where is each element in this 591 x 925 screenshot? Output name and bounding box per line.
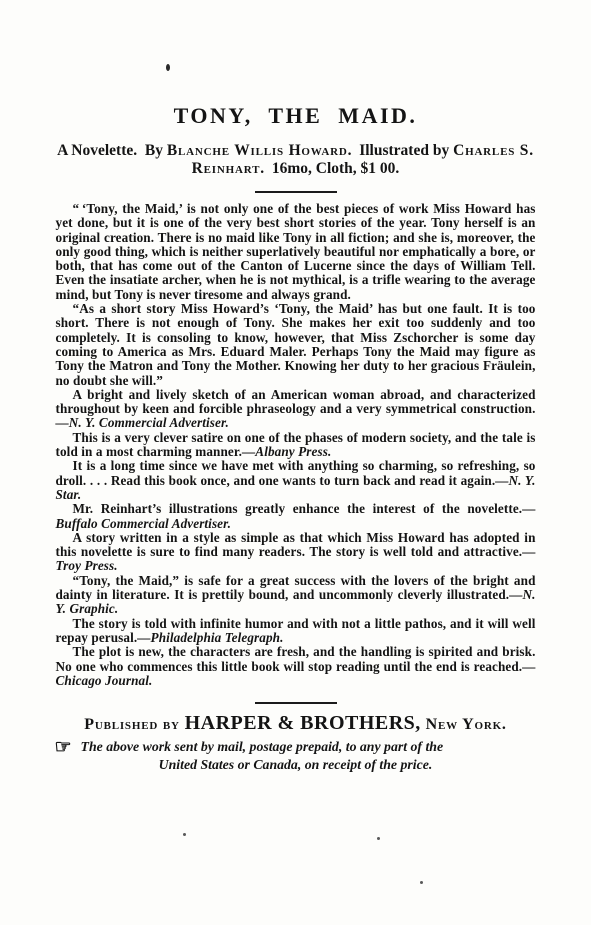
ink-speck bbox=[166, 64, 170, 71]
review-text: It is a long time since we have met with… bbox=[56, 458, 536, 487]
review-paragraph: A story written in a style as simple as … bbox=[56, 531, 536, 574]
divider-rule-bottom bbox=[255, 702, 337, 704]
review-paragraph: It is a long time since we have met with… bbox=[56, 459, 536, 502]
review-text: “As a short story Miss Howard’s ‘Tony, t… bbox=[56, 301, 536, 387]
ink-speck bbox=[183, 833, 186, 836]
review-text: A story written in a style as simple as … bbox=[56, 530, 536, 559]
book-advertisement-page: TONY, THE MAID. A Novelette. By Blanche … bbox=[0, 0, 591, 925]
review-paragraph: This is a very clever satire on one of t… bbox=[56, 431, 536, 460]
review-text: “Tony, the Maid,” is safe for a great su… bbox=[56, 573, 536, 602]
note-first-line: ☞The above work sent by mail, postage pr… bbox=[55, 738, 537, 757]
ink-speck bbox=[377, 837, 380, 840]
review-text: Mr. Reinhart’s illustrations greatly enh… bbox=[73, 501, 523, 516]
book-title: TONY, THE MAID. bbox=[0, 0, 591, 129]
review-text: “ ‘Tony, the Maid,’ is not only one of t… bbox=[56, 201, 536, 302]
review-source: —N. Y. Commercial Advertiser. bbox=[56, 415, 229, 430]
review-paragraph: Mr. Reinhart’s illustrations greatly enh… bbox=[56, 502, 536, 531]
review-source: —Philadelphia Telegraph. bbox=[137, 630, 283, 645]
review-source: —Albany Press. bbox=[242, 444, 331, 459]
note-line1-text: The above work sent by mail, postage pre… bbox=[81, 739, 444, 754]
subtitle-mid: . Illustrated by bbox=[348, 142, 454, 159]
review-paragraph: “ ‘Tony, the Maid,’ is not only one of t… bbox=[56, 202, 536, 302]
review-paragraph: “Tony, the Maid,” is safe for a great su… bbox=[56, 574, 536, 617]
mail-order-note: ☞The above work sent by mail, postage pr… bbox=[55, 738, 537, 774]
review-text: A bright and lively sketch of an America… bbox=[56, 387, 536, 416]
review-paragraph: The plot is new, the characters are fres… bbox=[56, 645, 536, 688]
author-name: Blanche Willis Howard bbox=[167, 142, 348, 159]
press-reviews: “ ‘Tony, the Maid,’ is not only one of t… bbox=[56, 202, 536, 688]
ink-speck bbox=[420, 881, 423, 884]
publisher-name: HARPER & BROTHERS, bbox=[185, 712, 421, 734]
publisher-city: New York. bbox=[421, 716, 507, 733]
note-line2-text: United States or Canada, on receipt of t… bbox=[159, 757, 433, 772]
publisher-prefix: Published by bbox=[84, 716, 184, 733]
manicule-icon: ☞ bbox=[55, 737, 72, 758]
review-paragraph: “As a short story Miss Howard’s ‘Tony, t… bbox=[56, 302, 536, 388]
subtitle-lead: A Novelette. By bbox=[57, 142, 167, 159]
review-paragraph: A bright and lively sketch of an America… bbox=[56, 388, 536, 431]
note-second-line: United States or Canada, on receipt of t… bbox=[55, 757, 537, 774]
publisher-line: Published by HARPER & BROTHERS, New York… bbox=[0, 712, 591, 736]
review-paragraph: The story is told with infinite humor an… bbox=[56, 617, 536, 646]
review-text: The plot is new, the characters are fres… bbox=[56, 644, 536, 673]
divider-rule-top bbox=[255, 191, 337, 193]
review-text: The story is told with infinite humor an… bbox=[56, 616, 536, 645]
book-subtitle: A Novelette. By Blanche Willis Howard. I… bbox=[57, 142, 535, 178]
subtitle-tail: . 16mo, Cloth, $1 00. bbox=[260, 160, 399, 177]
